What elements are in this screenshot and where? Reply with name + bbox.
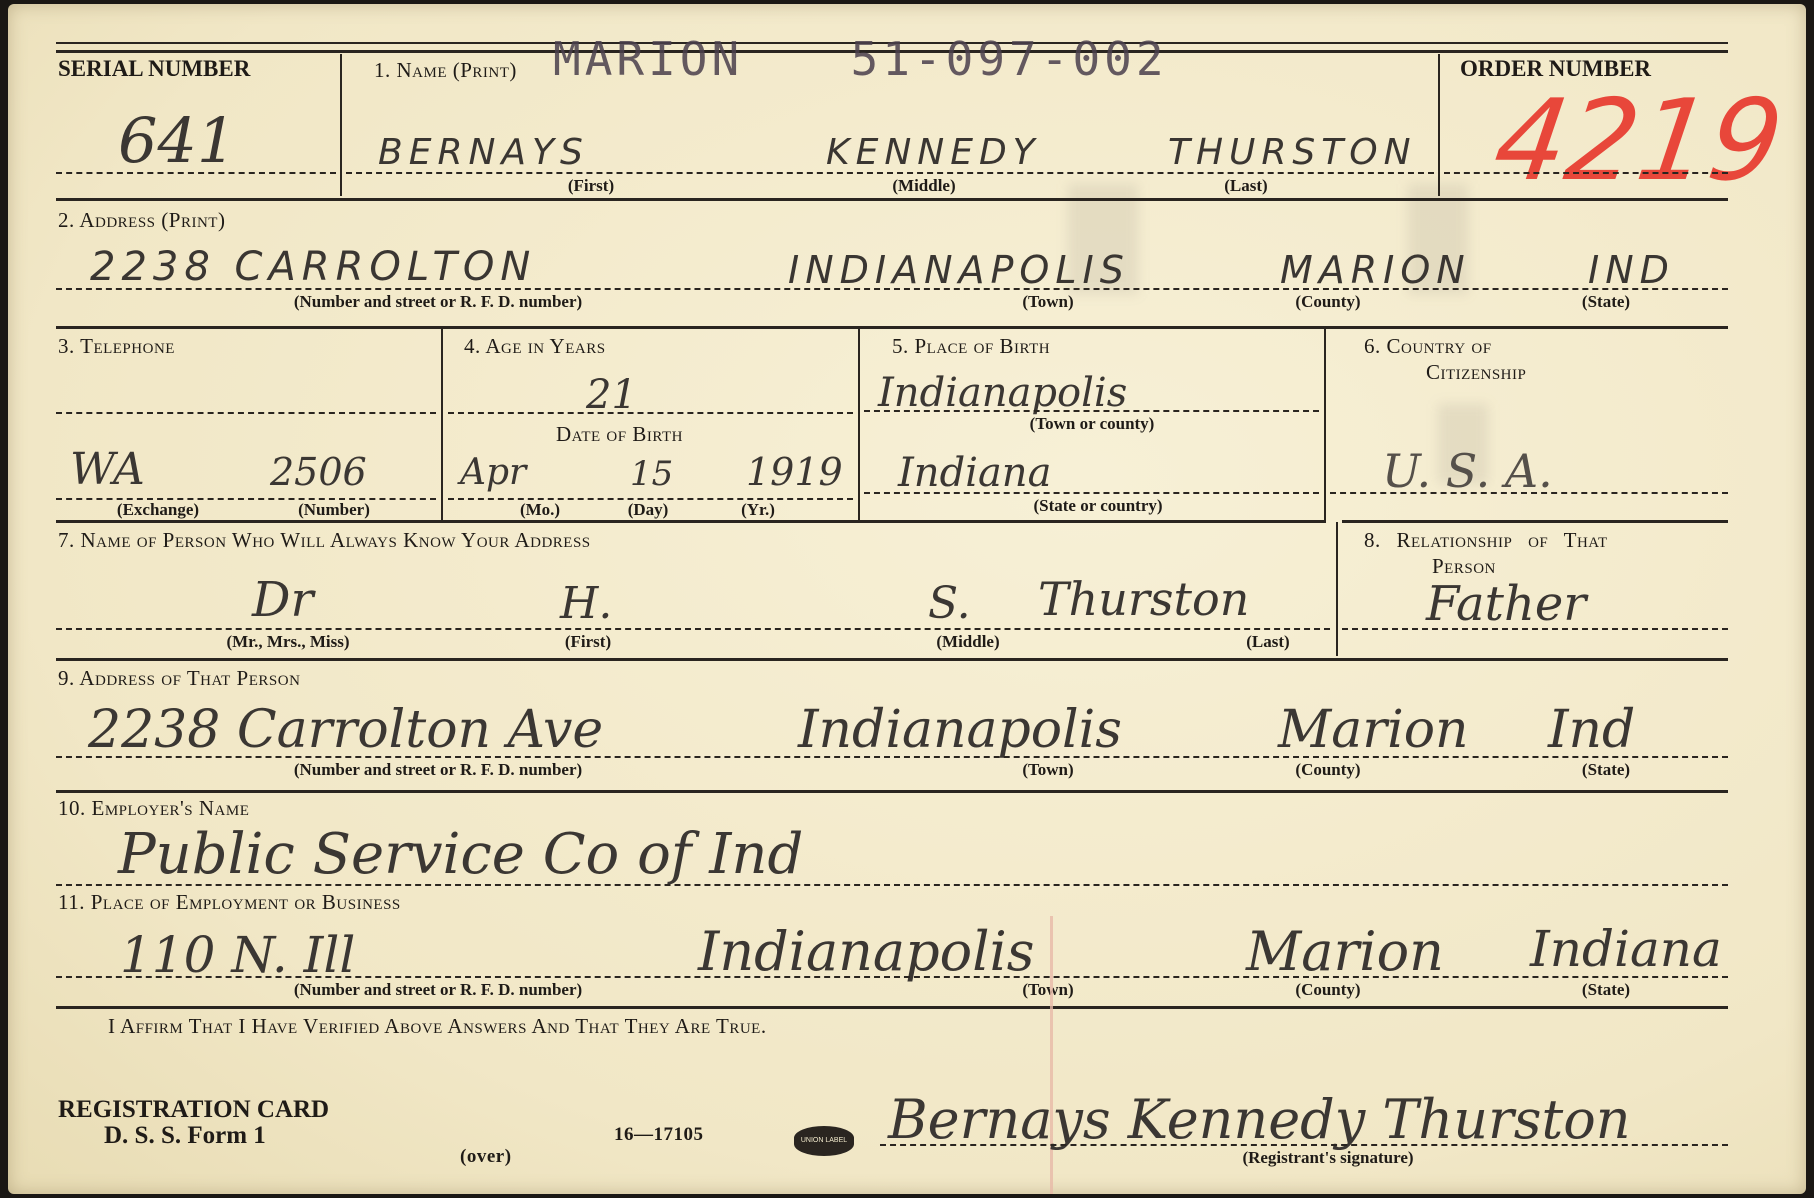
- form-title: REGISTRATION CARD: [58, 1096, 329, 1124]
- field-line: [1444, 172, 1728, 174]
- name-middle-value: KENNEDY: [826, 132, 1041, 173]
- caption-county: (County): [1295, 292, 1360, 312]
- contact-state-value: Ind: [1548, 700, 1635, 760]
- caption-county: (County): [1295, 760, 1360, 780]
- address-town-value: INDIANAPOLIS: [788, 248, 1130, 292]
- serial-number-label: SERIAL NUMBER: [58, 56, 250, 82]
- contact-town-value: Indianapolis: [798, 700, 1122, 760]
- caption-day: (Day): [628, 500, 669, 520]
- stamp-code: 51-097-002: [851, 32, 1168, 86]
- caption-first: (First): [565, 632, 611, 652]
- field-line: [56, 288, 1728, 290]
- place-of-birth-label: 5. Place of Birth: [892, 334, 1050, 359]
- caption-state: (State): [1582, 292, 1630, 312]
- section-rule: [56, 790, 1728, 793]
- field-line: [56, 756, 1728, 758]
- telephone-label: 3. Telephone: [58, 334, 175, 359]
- caption-town: (Town): [1022, 980, 1073, 1000]
- union-label-icon: UNION LABEL: [794, 1126, 854, 1156]
- caption-month: (Mo.): [520, 500, 560, 520]
- dob-label: Date of Birth: [556, 422, 683, 447]
- field-line: [1330, 492, 1728, 494]
- field-line: [1342, 628, 1728, 630]
- contact-county-value: Marion: [1278, 700, 1469, 760]
- caption-county: (County): [1295, 980, 1360, 1000]
- field-line: [56, 628, 1330, 630]
- signature-line: [880, 1144, 1728, 1146]
- caption-middle: (Middle): [892, 176, 955, 196]
- form-id: D. S. S. Form 1: [104, 1122, 266, 1150]
- field-line: [448, 412, 853, 414]
- contact-title-value: Dr: [252, 572, 313, 628]
- field-line: [346, 172, 1434, 174]
- caption-exchange: (Exchange): [117, 500, 199, 520]
- over-label: (over): [460, 1146, 512, 1168]
- address-county-value: MARION: [1280, 248, 1471, 292]
- employer-value: Public Service Co of Ind: [118, 822, 803, 887]
- caption-number: (Number): [298, 500, 370, 520]
- birth-state-value: Indiana: [898, 450, 1051, 496]
- caption-birth-town: (Town or county): [1030, 414, 1155, 434]
- signature-caption: (Registrant's signature): [1242, 1148, 1413, 1168]
- divider: [441, 328, 443, 520]
- dob-month-value: Apr: [460, 452, 526, 493]
- caption-town: (Town): [1022, 292, 1073, 312]
- field-line: [56, 884, 1728, 886]
- address-state-value: IND: [1588, 248, 1675, 292]
- caption-street: (Number and street or R. F. D. number): [294, 292, 582, 312]
- caption-birth-state: (State or country): [1033, 496, 1162, 516]
- citizenship-value: U. S. A.: [1382, 444, 1553, 498]
- contact-first-value: H.: [560, 578, 612, 629]
- name-first-value: BERNAYS: [378, 132, 589, 173]
- stamp-county: MARION: [553, 32, 743, 86]
- citizenship-label-2: Citizenship: [1426, 360, 1526, 385]
- divider: [1336, 522, 1338, 656]
- address-label: 2. Address (Print): [58, 208, 225, 233]
- caption-last: (Last): [1246, 632, 1289, 652]
- caption-title: (Mr., Mrs., Miss): [226, 632, 349, 652]
- contact-last-value: Thurston: [1038, 572, 1249, 626]
- registration-card: MARION 51-097-002 SERIAL NUMBER 1. Name …: [8, 4, 1806, 1194]
- caption-street: (Number and street or R. F. D. number): [294, 980, 582, 1000]
- telephone-number-value: 2506: [270, 450, 367, 494]
- field-line: [56, 976, 1728, 978]
- caption-year: (Yr.): [741, 500, 775, 520]
- dob-year-value: 1919: [746, 450, 843, 494]
- section-rule: [56, 658, 1728, 661]
- divider: [340, 54, 342, 196]
- field-line: [56, 172, 336, 174]
- section-rule: [56, 520, 1326, 523]
- field-line: [56, 498, 436, 500]
- contact-street-value: 2238 Carrolton Ave: [88, 700, 603, 760]
- address-street-value: 2238 CARROLTON: [90, 244, 536, 290]
- section-rule: [56, 198, 1728, 201]
- affirmation-text: I Affirm That I Have Verified Above Answ…: [108, 1014, 767, 1039]
- caption-street: (Number and street or R. F. D. number): [294, 760, 582, 780]
- divider: [1324, 328, 1326, 520]
- employment-state-value: Indiana: [1530, 920, 1722, 978]
- citizenship-label-1: 6. Country of: [1364, 334, 1492, 359]
- age-label: 4. Age in Years: [464, 334, 606, 359]
- contact-person-label: 7. Name of Person Who Will Always Know Y…: [58, 528, 591, 553]
- section-rule: [1342, 520, 1728, 523]
- relationship-value: Father: [1426, 576, 1586, 632]
- employment-place-label: 11. Place of Employment or Business: [58, 890, 401, 915]
- field-line: [864, 410, 1319, 412]
- field-line: [864, 492, 1319, 494]
- county-stamp: MARION 51-097-002: [553, 32, 1168, 86]
- paper-mark: [1050, 916, 1053, 1194]
- employment-town-value: Indianapolis: [698, 920, 1034, 983]
- caption-state: (State): [1582, 760, 1630, 780]
- section-rule: [56, 326, 1728, 329]
- print-code: 16—17105: [614, 1124, 704, 1146]
- dob-day-value: 15: [630, 454, 673, 494]
- name-label: 1. Name (Print): [374, 58, 517, 83]
- contact-address-label: 9. Address of That Person: [58, 666, 300, 691]
- employment-county-value: Marion: [1246, 920, 1444, 983]
- caption-last: (Last): [1224, 176, 1267, 196]
- serial-number-value: 641: [118, 104, 236, 177]
- divider: [1438, 54, 1440, 196]
- contact-middle-value: S.: [928, 578, 971, 629]
- caption-middle: (Middle): [936, 632, 999, 652]
- telephone-exchange-value: WA: [70, 444, 145, 495]
- divider: [858, 328, 860, 520]
- caption-first: (First): [568, 176, 614, 196]
- field-line: [56, 412, 436, 414]
- employer-label: 10. Employer's Name: [58, 796, 249, 821]
- signature-value: Bernays Kennedy Thurston: [888, 1088, 1631, 1151]
- section-rule: [56, 1006, 1728, 1009]
- caption-state: (State): [1582, 980, 1630, 1000]
- order-number-value: 4219: [1487, 76, 1790, 206]
- relationship-label-1: 8. Relationship of That: [1364, 528, 1608, 553]
- caption-town: (Town): [1022, 760, 1073, 780]
- name-last-value: THURSTON: [1168, 132, 1417, 173]
